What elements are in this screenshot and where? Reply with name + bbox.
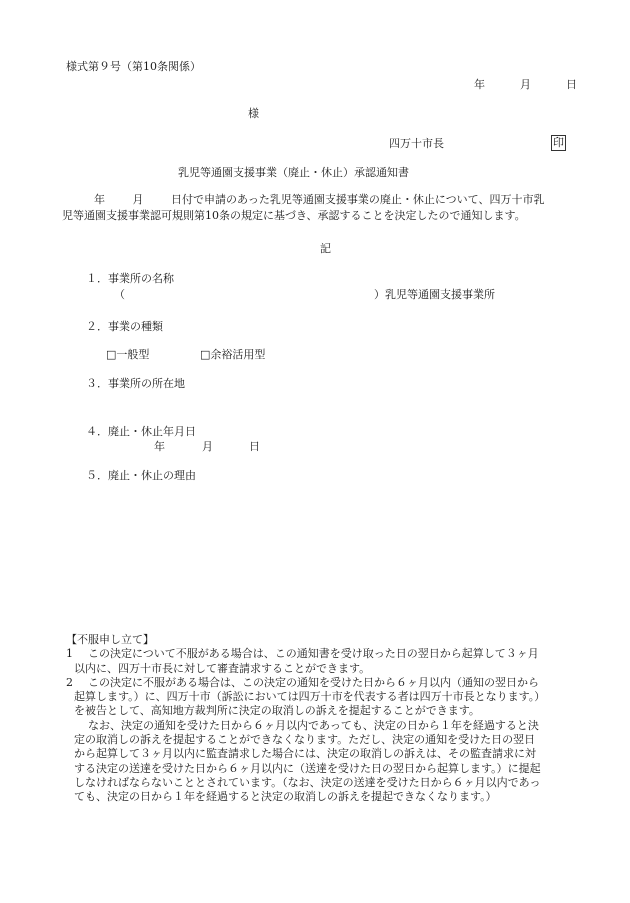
body-year-label: 年 xyxy=(94,194,105,205)
item-3-label: ３．事業所の所在地 xyxy=(86,378,185,389)
objection-item-2-line-1: 2この決定に不服がある場合は、この決定の通知を受けた日から６ヶ月以内（通知の翌日… xyxy=(66,676,586,690)
objection-item-1-text-1: この決定について不服がある場合は、この通知書を受け取った日の翌日から起算して３ヶ… xyxy=(88,647,539,660)
objection-item-2-line-5: 定の取消しの訴えを提起することができなくなります。ただし、決定の通知を受けた日の… xyxy=(66,733,586,747)
date-month-label: 月 xyxy=(520,79,531,90)
objection-item-2-text-1: この決定に不服がある場合は、この決定の通知を受けた日から６ヶ月以内（通知の翌日か… xyxy=(88,676,539,689)
item-2-label: ２．事業の種類 xyxy=(86,321,163,332)
form-number: 様式第９号（第10条関係） xyxy=(66,61,201,72)
addressee-suffix: 様 xyxy=(248,108,259,119)
objection-item-1-line-2: 以内に、四万十市長に対して審査請求することができます。 xyxy=(66,662,586,676)
objection-item-2-line-6: から起算して３ヶ月以内に監査請求した場合には、決定の取消しの訴えは、その監査請求… xyxy=(66,747,586,761)
objection-section: 【不服申し立て】 1この決定について不服がある場合は、この通知書を受け取った日の… xyxy=(66,633,586,805)
checkbox-surplus-type[interactable]: □余裕活用型 xyxy=(200,349,265,360)
date-day-label: 日 xyxy=(566,79,577,90)
item-1-label: １．事業所の名称 xyxy=(86,273,174,284)
objection-item-2-line-2: 起算します。）に、四万十市（訴訟においては四万十市を代表する者は四万十市長となり… xyxy=(66,690,586,704)
objection-item-2-line-9: ても、決定の日から１年を経過すると決定の取消しの訴えを提起できなくなります。） xyxy=(66,790,586,804)
issuer-name: 四万十市長 xyxy=(389,138,444,149)
item-4-day-label: 日 xyxy=(249,441,260,452)
item-4-year-label: 年 xyxy=(154,441,165,452)
seal-mark: 印 xyxy=(551,135,566,151)
date-year-label: 年 xyxy=(474,79,485,90)
body-month-label: 月 xyxy=(133,194,144,205)
body-line-2: 児等通園支援事業認可規則第10条の規定に基づき、承認することを決定したので通知し… xyxy=(62,210,526,221)
objection-item-2-line-3: を被告として、高知地方裁判所に決定の取消しの訴えを提起することができます。 xyxy=(66,704,586,718)
body-line-1-text: 日付で申請のあった乳児等通園支援事業の廃止・休止について、四万十市乳 xyxy=(171,194,544,205)
document-page: 様式第９号（第10条関係） 年 月 日 様 四万十市長 印 乳児等通園支援事業（… xyxy=(0,0,630,903)
ki-heading: 記 xyxy=(320,243,331,254)
item-1-suffix: ）乳児等通園支援事業所 xyxy=(374,289,495,300)
objection-item-2-number: 2 xyxy=(66,676,88,690)
item-4-label: ４．廃止・休止年月日 xyxy=(86,426,196,437)
objection-item-1-number: 1 xyxy=(66,647,88,661)
objection-heading: 【不服申し立て】 xyxy=(66,633,586,647)
document-title: 乳児等通園支援事業（廃止・休止）承認通知書 xyxy=(178,167,409,178)
item-5-label: ５．廃止・休止の理由 xyxy=(86,470,196,481)
item-4-month-label: 月 xyxy=(202,441,213,452)
objection-item-1-line-1: 1この決定について不服がある場合は、この通知書を受け取った日の翌日から起算して３… xyxy=(66,647,586,661)
objection-item-2-line-7: する決定の送達を受けた日から６ヶ月以内に（送達を受けた日の翌日から起算します。）… xyxy=(66,762,586,776)
seal-stamp-box: 印 xyxy=(551,135,566,151)
item-1-open-paren: （ xyxy=(114,289,125,300)
objection-item-2-line-4: なお、決定の通知を受けた日から６ヶ月以内であっても、決定の日から１年を経過すると… xyxy=(66,719,586,733)
body-line-1: 年 月 日付で申請のあった乳児等通園支援事業の廃止・休止について、四万十市乳 xyxy=(94,194,544,205)
objection-item-2-line-8: しなければならないこととされています。（なお、決定の送達を受けた日から６ヶ月以内… xyxy=(66,776,586,790)
checkbox-general-type[interactable]: □一般型 xyxy=(106,349,149,360)
